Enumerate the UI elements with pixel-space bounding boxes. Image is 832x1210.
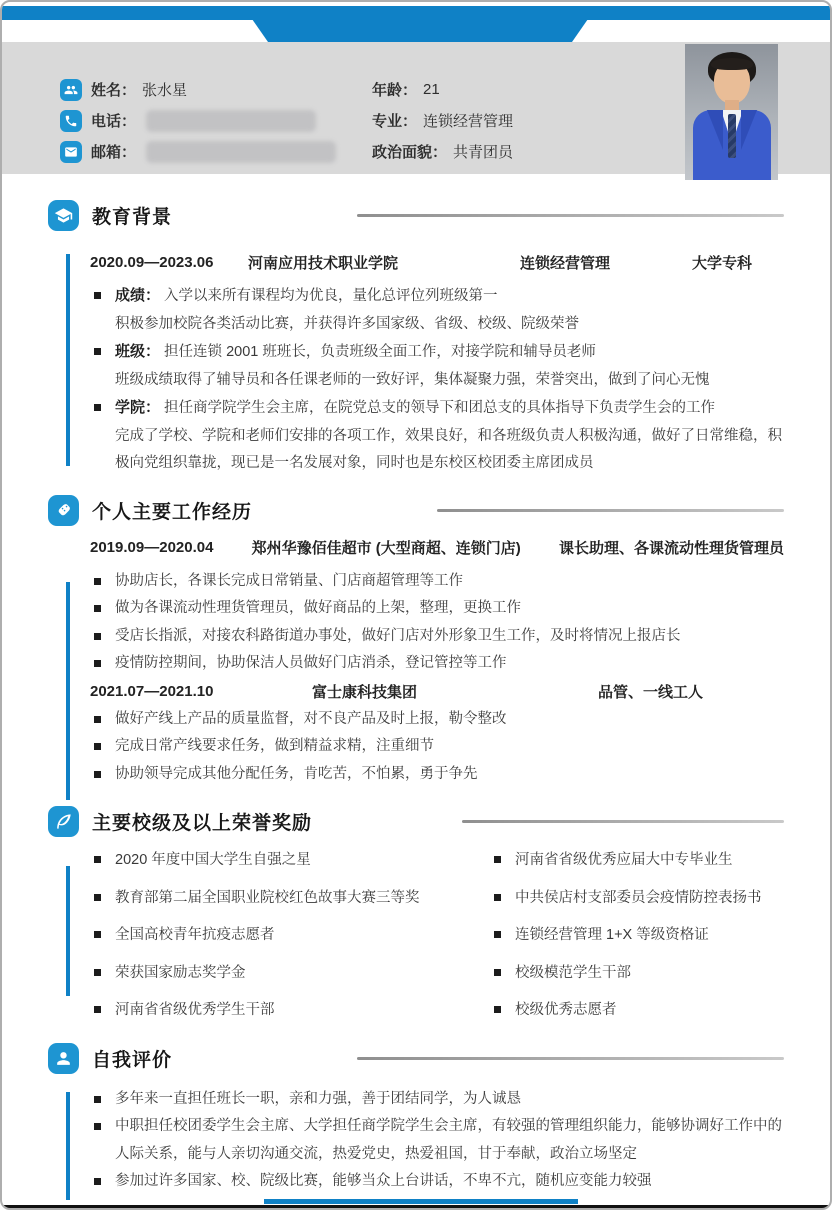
honor-item: 教育部第二届全国职业院校红色故事大赛三等奖 — [90, 886, 490, 910]
education-item: 学院： 担任商学院学生会主席，在院党总支的领导下和团总支的具体指导下负责学生会的… — [90, 394, 784, 478]
honor-text: 荣获国家励志奖学金 — [115, 961, 490, 985]
name-label: 姓名： — [91, 79, 136, 100]
education-item-text: 担任商学院学生会主席，在院党总支的领导下和团总支的具体指导下负责学生会的工作 — [164, 400, 715, 416]
honor-item: 校级优秀志愿者 — [490, 998, 784, 1022]
job-bullet-text: 疫情防控期间，协助保洁人员做好门店消杀，登记管控等工作 — [115, 650, 784, 678]
bullet-marker — [494, 931, 501, 938]
job-bullet-text: 协助领导完成其他分配任务，肯吃苦，不怕累，勇于争先 — [115, 761, 784, 789]
evaluation-text: 中职担任校团委学生会主席、大学担任商学院学生会主席，有较强的管理组织能力，能够协… — [115, 1113, 784, 1168]
education-item-text: 积极参加校院各类活动比赛，并获得许多国家级、省级、校级、院级荣誉 — [115, 316, 579, 332]
education-school: 河南应用技术职业学院 — [248, 252, 520, 273]
major-value: 连锁经营管理 — [423, 110, 513, 131]
education-item: 班级： 担任连锁 2001 班班长，负责班级全面工作，对接学院和辅导员老师 班级… — [90, 338, 784, 394]
section-divider — [357, 214, 784, 217]
email-redacted-blur — [146, 141, 336, 163]
political-status-label: 政治面貌： — [372, 141, 447, 162]
honors-right-column: 河南省省级优秀应届大中专毕业生 中共侯店村支部委员会疫情防控表扬书 连锁经营管理… — [490, 848, 784, 1036]
job-bullet: 协助店长，各课长完成日常销量、门店商超管理等工作 — [90, 568, 784, 596]
education-item-lead: 班级： — [115, 343, 160, 360]
email-row: 邮箱： — [60, 136, 660, 167]
honor-item: 荣获国家励志奖学金 — [90, 961, 490, 985]
job-bullet-text: 受店长指派，对接农科路街道办事处，做好门店对外形象卫生工作，及时将情况上报店长 — [115, 623, 784, 651]
section-divider — [357, 1057, 784, 1060]
honor-item: 连锁经营管理 1+X 等级资格证 — [490, 923, 784, 947]
timeline-line — [66, 1092, 70, 1200]
job-company: 富士康科技集团 — [312, 681, 598, 702]
honor-text: 全国高校青年抗疫志愿者 — [115, 923, 490, 947]
profile-info-right: 年龄： 21 专业： 连锁经营管理 政治面貌： 共青团员 — [372, 74, 513, 167]
political-row: 政治面貌： 共青团员 — [372, 136, 513, 167]
phone-redacted-blur — [146, 110, 316, 132]
timeline-line — [66, 254, 70, 466]
job-bullet: 做为各课流动性理货管理员，做好商品的上架，整理，更换工作 — [90, 595, 784, 623]
evaluation-text: 参加过许多国家、校、院级比赛，能够当众上台讲话，不卑不亢，随机应变能力较强 — [115, 1168, 784, 1196]
feather-icon — [48, 806, 79, 837]
section-work: 个人主要工作经历 2019.09—2020.04 郑州华豫佰佳超市 (大型商超、… — [48, 494, 784, 789]
resume-page: 姓名： 张水星 电话： 邮箱： 年龄： 21 专业： 连锁经营管理 — [0, 0, 832, 1210]
education-body: 2020.09—2023.06 河南应用技术职业学院 连锁经营管理 大学专科 成… — [90, 248, 784, 478]
contacts-icon — [60, 79, 82, 101]
education-item-text: 班级成绩取得了辅导员和各任课老师的一致好评，集体凝聚力强，荣誉突出，做到了问心无… — [115, 372, 710, 388]
education-major: 连锁经营管理 — [520, 252, 692, 273]
age-value: 21 — [423, 81, 440, 98]
honor-item: 全国高校青年抗疫志愿者 — [90, 923, 490, 947]
work-header: 个人主要工作经历 — [48, 494, 784, 528]
bullet-marker — [94, 348, 101, 355]
section-divider — [437, 509, 784, 512]
evaluation-title: 自我评价 — [92, 1045, 172, 1072]
top-accent-bar — [2, 6, 830, 20]
bullet-marker — [94, 1096, 101, 1103]
phone-icon — [60, 110, 82, 132]
education-period: 2020.09—2023.06 — [90, 254, 248, 271]
job-role: 课长助理、各课流动性理货管理员 — [559, 537, 784, 558]
honor-text: 河南省省级优秀应届大中专毕业生 — [515, 848, 784, 872]
education-item-text: 完成了学校、学院和老师们安排的各项工作，效果良好，和各班级负责人积极沟通，做好了… — [115, 428, 782, 472]
portrait-tie — [728, 114, 736, 158]
section-divider — [462, 820, 784, 823]
education-header: 教育背景 — [48, 198, 784, 232]
honors-body: 2020 年度中国大学生自强之星 教育部第二届全国职业院校红色故事大赛三等奖 全… — [90, 848, 784, 1036]
email-label: 邮箱： — [91, 141, 136, 162]
bullet-marker — [94, 894, 101, 901]
job-bullet: 完成日常产线要求任务，做到精益求精，注重细节 — [90, 733, 784, 761]
name-value: 张水星 — [142, 79, 187, 100]
bullet-marker — [94, 292, 101, 299]
honor-item: 校级模范学生干部 — [490, 961, 784, 985]
resume-content: 教育背景 2020.09—2023.06 河南应用技术职业学院 连锁经营管理 大… — [2, 174, 830, 1196]
education-item-text: 担任连锁 2001 班班长，负责班级全面工作，对接学院和辅导员老师 — [164, 344, 596, 360]
job-period: 2021.07—2021.10 — [90, 683, 312, 700]
education-item-text: 入学以来所有课程均为优良，量化总评位列班级第一 — [164, 288, 498, 304]
phone-row: 电话： — [60, 105, 660, 136]
profile-photo — [685, 44, 778, 180]
job-company: 郑州华豫佰佳超市 (大型商超、连锁门店) — [252, 537, 521, 558]
age-row: 年龄： 21 — [372, 74, 513, 105]
honors-title: 主要校级及以上荣誉奖励 — [92, 808, 312, 835]
honor-item: 河南省省级优秀应届大中专毕业生 — [490, 848, 784, 872]
person-icon — [48, 1043, 79, 1074]
honor-item: 2020 年度中国大学生自强之星 — [90, 848, 490, 872]
honor-text: 中共侯店村支部委员会疫情防控表扬书 — [515, 886, 784, 910]
bullet-marker — [494, 856, 501, 863]
evaluation-item: 参加过许多国家、校、院级比赛，能够当众上台讲话，不卑不亢，随机应变能力较强 — [90, 1168, 784, 1196]
job-role: 品管、一线工人 — [598, 681, 784, 702]
timeline-line — [66, 866, 70, 996]
job-bullet: 疫情防控期间，协助保洁人员做好门店消杀，登记管控等工作 — [90, 650, 784, 678]
bullet-marker — [94, 660, 101, 667]
bullet-marker — [94, 1006, 101, 1013]
bullet-marker — [94, 856, 101, 863]
evaluation-header: 自我评价 — [48, 1042, 784, 1076]
job-bullet: 做好产线上产品的质量监督，对不良产品及时上报，勒令整改 — [90, 706, 784, 734]
education-degree: 大学专科 — [692, 252, 784, 273]
job-bullet: 受店长指派，对接农科路街道办事处，做好门店对外形象卫生工作，及时将情况上报店长 — [90, 623, 784, 651]
honor-text: 河南省省级优秀学生干部 — [115, 998, 490, 1022]
honors-header: 主要校级及以上荣誉奖励 — [48, 804, 784, 838]
political-status-value: 共青团员 — [453, 141, 513, 162]
section-evaluation: 自我评价 多年来一直担任班长一职，亲和力强，善于团结同学，为人诚恳 中职担任校团… — [48, 1042, 784, 1196]
honors-grid: 2020 年度中国大学生自强之星 教育部第二届全国职业院校红色故事大赛三等奖 全… — [90, 848, 784, 1036]
timeline-line — [66, 582, 70, 800]
top-decoration — [2, 2, 830, 44]
section-honors: 主要校级及以上荣誉奖励 2020 年度中国大学生自强之星 教育部第二届全国职业院… — [48, 804, 784, 1036]
bullet-marker — [94, 1123, 101, 1130]
bullet-marker — [94, 578, 101, 585]
bullet-marker — [94, 716, 101, 723]
honors-left-column: 2020 年度中国大学生自强之星 教育部第二届全国职业院校红色故事大赛三等奖 全… — [90, 848, 490, 1036]
age-label: 年龄： — [372, 79, 417, 100]
top-trapezoid-shape — [252, 19, 588, 42]
evaluation-text: 多年来一直担任班长一职，亲和力强，善于团结同学，为人诚恳 — [115, 1086, 784, 1114]
phone-label: 电话： — [91, 110, 136, 131]
education-item-lead: 学院： — [115, 399, 160, 416]
job-bullet-text: 完成日常产线要求任务，做到精益求精，注重细节 — [115, 733, 784, 761]
job-bullet: 协助领导完成其他分配任务，肯吃苦，不怕累，勇于争先 — [90, 761, 784, 789]
work-title: 个人主要工作经历 — [92, 497, 252, 524]
bullet-marker — [94, 605, 101, 612]
section-education: 教育背景 2020.09—2023.06 河南应用技术职业学院 连锁经营管理 大… — [48, 198, 784, 478]
bullet-marker — [94, 743, 101, 750]
major-row: 专业： 连锁经营管理 — [372, 105, 513, 136]
job-bullet-text: 协助店长，各课长完成日常销量、门店商超管理等工作 — [115, 568, 784, 596]
evaluation-item: 多年来一直担任班长一职，亲和力强，善于团结同学，为人诚恳 — [90, 1086, 784, 1114]
bullet-marker — [94, 969, 101, 976]
profile-info-left: 姓名： 张水星 电话： 邮箱： — [60, 74, 660, 167]
name-row: 姓名： 张水星 — [60, 74, 660, 105]
portrait-fringe — [711, 58, 753, 70]
honor-text: 教育部第二届全国职业院校红色故事大赛三等奖 — [115, 886, 490, 910]
work-body: 2019.09—2020.04 郑州华豫佰佳超市 (大型商超、连锁门店) 课长助… — [90, 534, 784, 789]
job-title-row: 2021.07—2021.10 富士康科技集团 品管、一线工人 — [90, 678, 784, 706]
graduation-cap-icon — [48, 200, 79, 231]
job-title-row: 2019.09—2020.04 郑州华豫佰佳超市 (大型商超、连锁门店) 课长助… — [90, 534, 784, 562]
honor-text: 校级优秀志愿者 — [515, 998, 784, 1022]
bottom-border-line — [2, 1205, 830, 1208]
bullet-marker — [94, 931, 101, 938]
envelope-icon — [60, 141, 82, 163]
education-item: 成绩： 入学以来所有课程均为优良，量化总评位列班级第一 积极参加校院各类活动比赛… — [90, 282, 784, 338]
bullet-marker — [94, 771, 101, 778]
education-timeline-row: 2020.09—2023.06 河南应用技术职业学院 连锁经营管理 大学专科 — [90, 248, 784, 276]
bullet-marker — [494, 1006, 501, 1013]
job-bullet-text: 做为各课流动性理货管理员，做好商品的上架，整理，更换工作 — [115, 595, 784, 623]
education-item-lead: 成绩： — [115, 287, 160, 304]
bullet-marker — [494, 969, 501, 976]
honor-text: 2020 年度中国大学生自强之星 — [115, 848, 490, 872]
evaluation-body: 多年来一直担任班长一职，亲和力强，善于团结同学，为人诚恳 中职担任校团委学生会主… — [90, 1086, 784, 1196]
bullet-marker — [94, 404, 101, 411]
job-period: 2019.09—2020.04 — [90, 539, 213, 556]
education-title: 教育背景 — [92, 202, 172, 229]
bullet-marker — [494, 894, 501, 901]
bullet-marker — [94, 1178, 101, 1185]
bottom-accent-bar — [264, 1199, 578, 1204]
bullet-marker — [94, 633, 101, 640]
major-label: 专业： — [372, 110, 417, 131]
evaluation-item: 中职担任校团委学生会主席、大学担任商学院学生会主席，有较强的管理组织能力，能够协… — [90, 1113, 784, 1168]
honor-text: 校级模范学生干部 — [515, 961, 784, 985]
honor-text: 连锁经营管理 1+X 等级资格证 — [515, 923, 784, 947]
honor-item: 河南省省级优秀学生干部 — [90, 998, 490, 1022]
honor-item: 中共侯店村支部委员会疫情防控表扬书 — [490, 886, 784, 910]
fist-icon — [48, 495, 79, 526]
job-bullet-text: 做好产线上产品的质量监督，对不良产品及时上报，勒令整改 — [115, 706, 784, 734]
